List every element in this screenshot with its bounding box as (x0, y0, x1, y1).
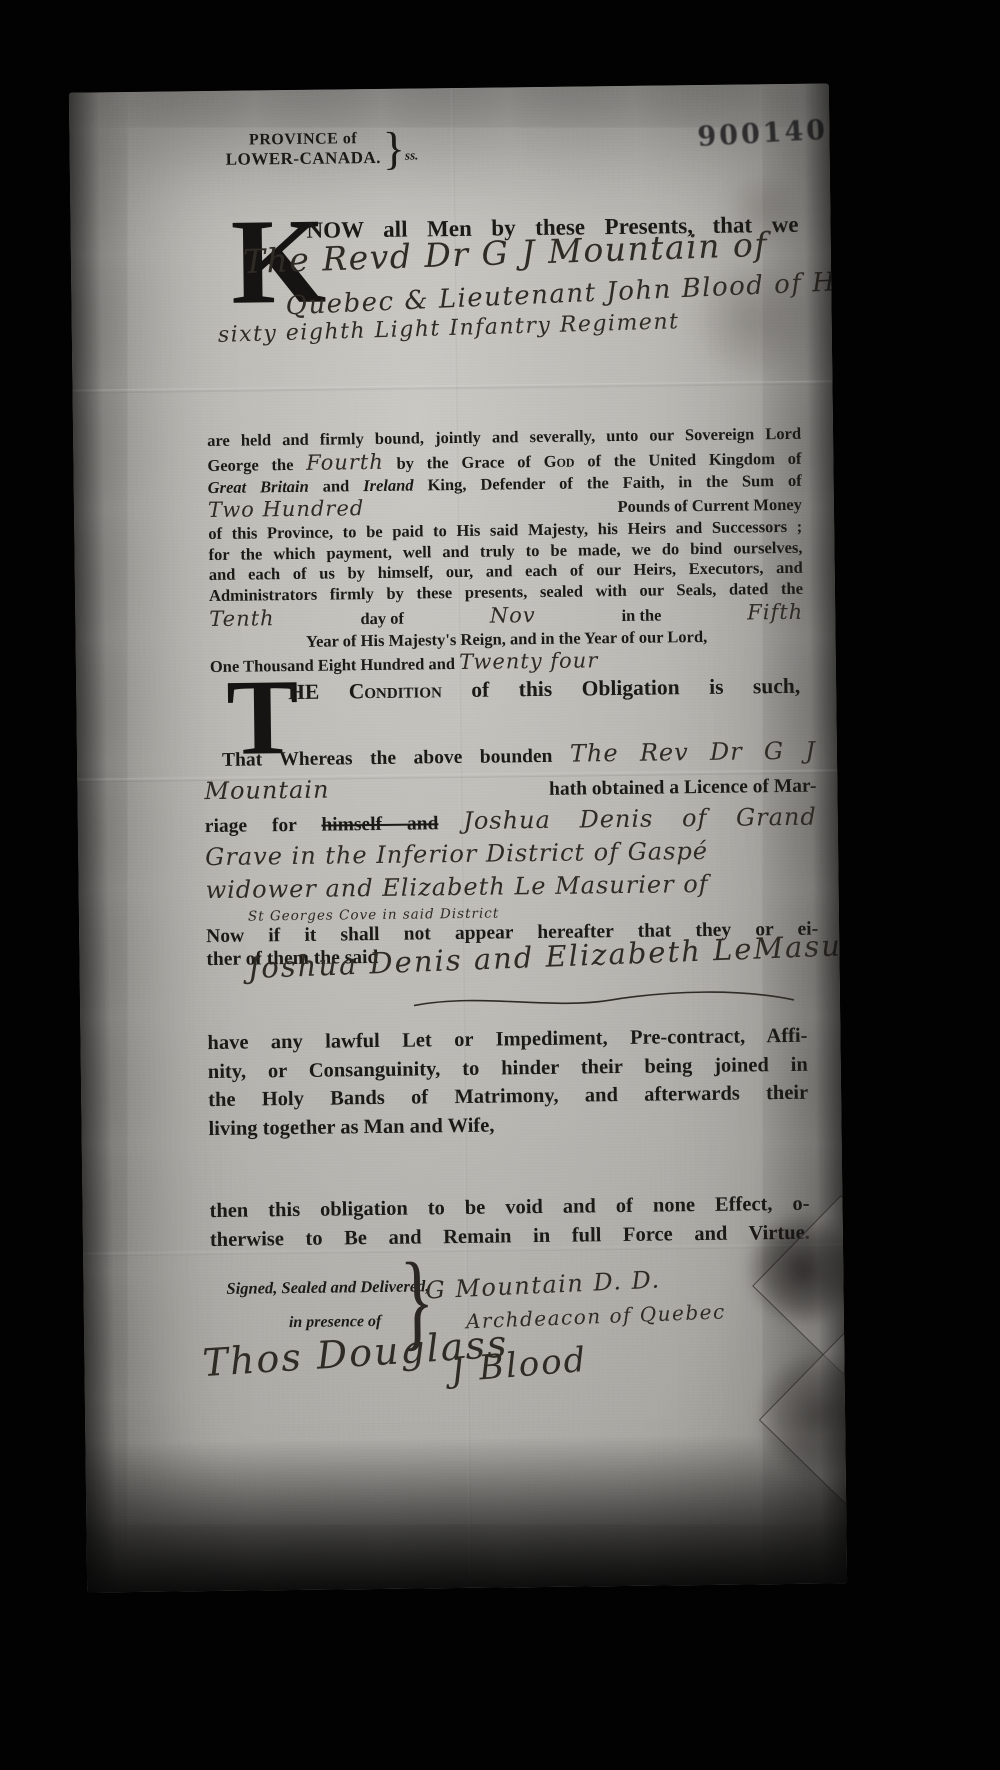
handwritten-text: Joshua Denis of Grand (463, 803, 817, 835)
printed-text: have any lawful Let or Impediment, Pre-c… (207, 1025, 807, 1054)
handwritten-text: Fourth (306, 449, 384, 474)
scan-shadow-bottom (85, 1433, 847, 1592)
handwritten-text: Nov (490, 603, 536, 628)
closing-paragraph: then this obligation to be void and of n… (209, 1190, 810, 1254)
printed-text: Ireland (363, 475, 414, 495)
scanned-document-photo: PROVINCE of LOWER-CANADA. } ss. 900140 K… (0, 0, 1000, 1770)
handwritten-text: Fifth (747, 599, 803, 624)
attestation-line2: in presence of (289, 1313, 382, 1332)
paper-sheet: PROVINCE of LOWER-CANADA. } ss. 900140 K… (69, 83, 847, 1592)
scan-shadow-left (69, 92, 117, 1592)
province-line2: LOWER-CANADA. (226, 148, 381, 170)
printed-text: riage for (205, 815, 322, 837)
handwritten-text: Twenty four (459, 648, 598, 674)
impediment-paragraph: have any lawful Let or Impediment, Pre-c… (207, 1022, 808, 1143)
condition-heading: HE Condition of this Obligation is such, (288, 676, 800, 703)
printed-text: Great Britain (208, 476, 309, 496)
printed-text: day of (360, 606, 404, 631)
printed-text: George the (207, 454, 306, 474)
printed-text: King, Defender of the Faith, in the Sum … (413, 470, 801, 494)
printed-text: of this Obligation is such, (442, 674, 801, 702)
printed-text: Year of His Majesty's Reign, and in the … (306, 627, 708, 651)
province-name: PROVINCE of LOWER-CANADA. (225, 130, 381, 170)
printed-text: by the Grace of (384, 452, 544, 473)
province-line1: PROVINCE of (225, 130, 380, 150)
printed-text: in the (621, 603, 661, 627)
handwritten-text: Tenth (209, 606, 275, 631)
printed-text: then this obligation to be void and of n… (209, 1193, 809, 1222)
handwritten-text: Mountain (204, 775, 329, 807)
printed-text: therwise to Be and Remain in full Force … (210, 1221, 810, 1250)
printed-text: Pounds of Current Money (617, 493, 802, 519)
printed-text: Condition (349, 678, 442, 703)
text-line: HE Condition of this Obligation is such, (288, 676, 800, 703)
printed-text: the Holy Bands of Matrimony, and afterwa… (208, 1082, 808, 1111)
header-brace-glyph: } (383, 129, 406, 169)
printed-text (438, 813, 463, 834)
fold-crease (72, 380, 832, 393)
printed-text: God (544, 451, 575, 470)
handwritten-text: widower and Elizabeth Le Masurier of (205, 870, 708, 904)
flourish-underline (410, 986, 800, 1015)
signature-mountain: G Mountain D. D. (425, 1265, 661, 1304)
printed-text: himself and (321, 813, 438, 835)
bond-paragraph: are held and firmly bound, jointly and s… (207, 424, 804, 679)
printed-text: That Whereas the above bounden (222, 746, 570, 771)
handwritten-text: The Rev Dr G J (570, 737, 816, 768)
printed-text: living together as Man and Wife, (208, 1114, 494, 1139)
handwritten-text: Grave in the Inferior District of Gaspé (205, 837, 708, 871)
printed-text: nity, or Consanguinity, to hinder their … (208, 1053, 808, 1082)
jurisdiction-header: PROVINCE of LOWER-CANADA. } ss. (225, 128, 418, 170)
printed-text: of the United Kingdom of (574, 448, 801, 470)
scilicet-abbreviation: ss. (405, 147, 419, 163)
handwritten-text: Two Hundred (208, 496, 365, 522)
printed-text: hath obtained a Licence of Mar- (549, 772, 817, 805)
printed-text: and (309, 476, 364, 496)
printed-text: HE (288, 679, 349, 704)
